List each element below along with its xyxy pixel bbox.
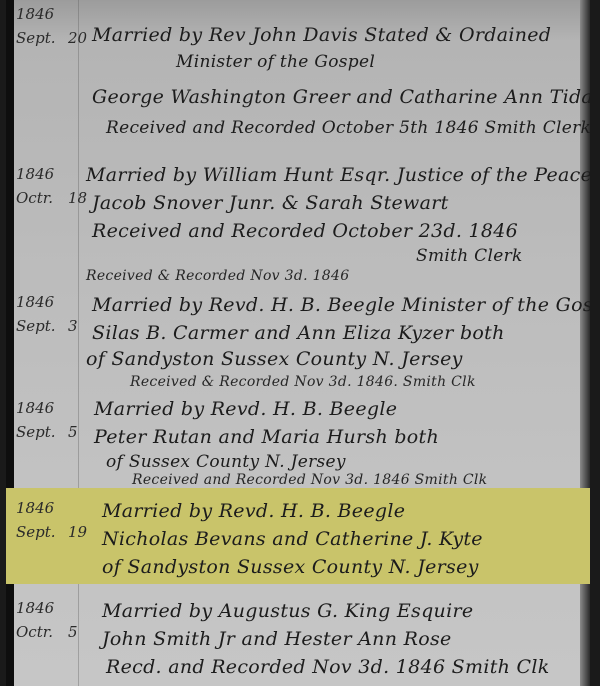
residence-line: of Sandyston Sussex County N. Jersey [102, 556, 479, 578]
entry-day: 3 [68, 314, 78, 338]
entry-date: 1846 Sept. 20 [16, 2, 86, 50]
entry-year: 1846 [16, 596, 86, 620]
recorded-line: Received & Recorded Nov 3d. 1846. Smith … [130, 374, 476, 390]
couple-line: Nicholas Bevans and Catherine J. Kyte [102, 528, 483, 550]
clerk-signature: Smith Clerk [416, 246, 523, 266]
entry-day: 5 [68, 620, 78, 644]
officiant-line: Married by Revd. H. B. Beegle Minister o… [92, 294, 590, 316]
entry-day: 18 [68, 186, 87, 210]
couple-line: Silas B. Carmer and Ann Eliza Kyzer both [92, 322, 505, 344]
recorded-line: Received and Recorded October 5th 1846 S… [106, 118, 590, 138]
officiant-title-line: Minister of the Gospel [176, 52, 375, 72]
entry-date: 1846 Sept. 19 [16, 496, 86, 544]
entry-day: 19 [68, 520, 87, 544]
entry-date: 1846 Octr. 18 [16, 162, 86, 210]
entry-year: 1846 [16, 162, 86, 186]
officiant-line: Married by Revd. H. B. Beegle [102, 500, 405, 522]
couple-line: Jacob Snover Junr. & Sarah Stewart [92, 192, 449, 214]
register-entry: 1846 Octr. 18 Married by William Hunt Es… [6, 162, 590, 282]
entry-date: 1846 Octr. 5 [16, 596, 86, 644]
register-entry: 1846 Sept. 5 Married by Revd. H. B. Beeg… [6, 396, 590, 486]
entry-date: 1846 Sept. 5 [16, 396, 86, 444]
entry-year: 1846 [16, 496, 86, 520]
recorded-line: Received and Recorded October 23d. 1846 [92, 220, 518, 242]
register-page: 1846 Sept. 20 Married by Rev John Davis … [6, 0, 590, 686]
entry-year: 1846 [16, 290, 86, 314]
recorded-line: Recd. and Recorded Nov 3d. 1846 Smith Cl… [106, 656, 550, 678]
entry-year: 1846 [16, 2, 86, 26]
register-entry: 1846 Sept. 20 Married by Rev John Davis … [6, 2, 590, 120]
register-entry: 1846 Sept. 3 Married by Revd. H. B. Beeg… [6, 290, 590, 390]
recorded-note: Received & Recorded Nov 3d. 1846 [86, 268, 349, 284]
officiant-line: Married by Revd. H. B. Beegle [94, 398, 397, 420]
entry-day: 5 [68, 420, 78, 444]
highlighted-register-entry: 1846 Sept. 19 Married by Revd. H. B. Bee… [6, 488, 590, 584]
residence-line: of Sussex County N. Jersey [106, 452, 346, 472]
officiant-line: Married by Rev John Davis Stated & Ordai… [92, 24, 551, 46]
entry-day: 20 [68, 26, 87, 50]
entry-date: 1846 Sept. 3 [16, 290, 86, 338]
officiant-line: Married by William Hunt Esqr. Justice of… [86, 164, 590, 186]
residence-line: of Sandyston Sussex County N. Jersey [86, 348, 463, 370]
recorded-line: Received and Recorded Nov 3d. 1846 Smith… [132, 472, 487, 488]
entry-year: 1846 [16, 396, 86, 420]
couple-line: Peter Rutan and Maria Hursh both [94, 426, 439, 448]
register-entry: 1846 Octr. 5 Married by Augustus G. King… [6, 596, 590, 686]
couple-line: George Washington Greer and Catharine An… [92, 86, 590, 108]
officiant-line: Married by Augustus G. King Esquire [102, 600, 473, 622]
couple-line: John Smith Jr and Hester Ann Rose [102, 628, 452, 650]
